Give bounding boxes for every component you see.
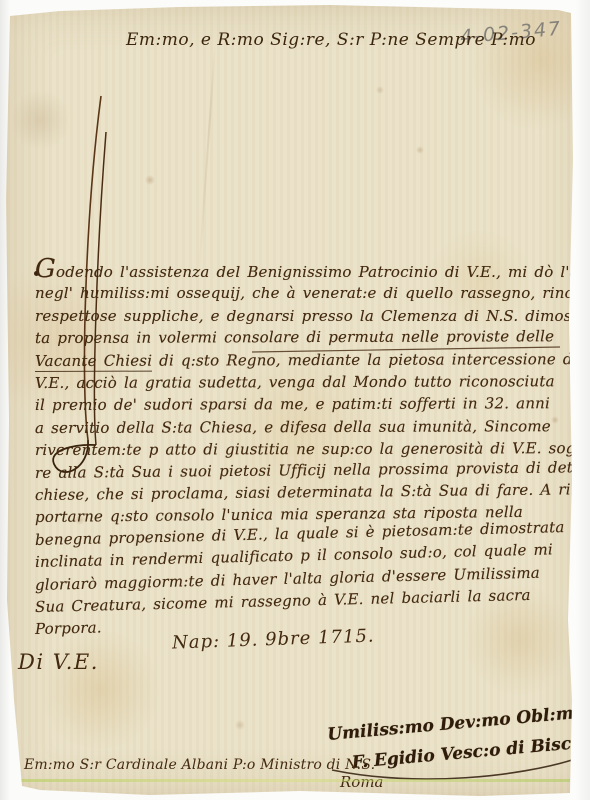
body-line: Porpora. <box>35 619 102 639</box>
body-line: a servitio della S:ta Chiesa, e difesa d… <box>35 417 551 437</box>
body-line: chiese, che si proclama, siasi determina… <box>35 480 576 504</box>
body-line: Vacante Chiesi di q:sto Regno, mediante … <box>35 350 578 370</box>
body-line: re alla S:tà Sua i suoi pietosi Ufficij … <box>35 458 588 482</box>
body-line: V.E., acciò la gratia sudetta, venga dal… <box>35 372 555 392</box>
body-line: Godendo l'assistenza del Benignissimo Pa… <box>35 262 590 281</box>
dateline: Nap: 19. 9bre 1715. <box>172 625 375 653</box>
body-line: negl' humiliss:mi ossequij, che à venera… <box>35 284 590 302</box>
paper-crease <box>198 42 216 277</box>
address-line: Em:mo S:r Cardinale Albani P:o Ministro … <box>24 757 375 773</box>
scanned-letter: 4-02-347 Em:mo, e R:mo Sig:re, S:r P:ne … <box>0 0 590 800</box>
body-line: ta propensa in volermi consolare di perm… <box>35 327 554 347</box>
salutation-line: Em:mo, e R:mo Sig:re, S:r P:ne Sempre P:… <box>126 30 536 50</box>
body-line: riverentem:te p atto di giustitia ne sup… <box>35 439 590 459</box>
body-line: il premio de' sudori sparsi da me, e pat… <box>35 395 550 415</box>
paper: 4-02-347 Em:mo, e R:mo Sig:re, S:r P:ne … <box>0 0 590 800</box>
body-line: respettose suppliche, e degnarsi presso … <box>35 307 590 325</box>
address-city: Roma <box>340 773 384 791</box>
scanner-artifact-line <box>8 779 570 782</box>
closing-abbreviation: Di V.E. <box>18 650 99 674</box>
